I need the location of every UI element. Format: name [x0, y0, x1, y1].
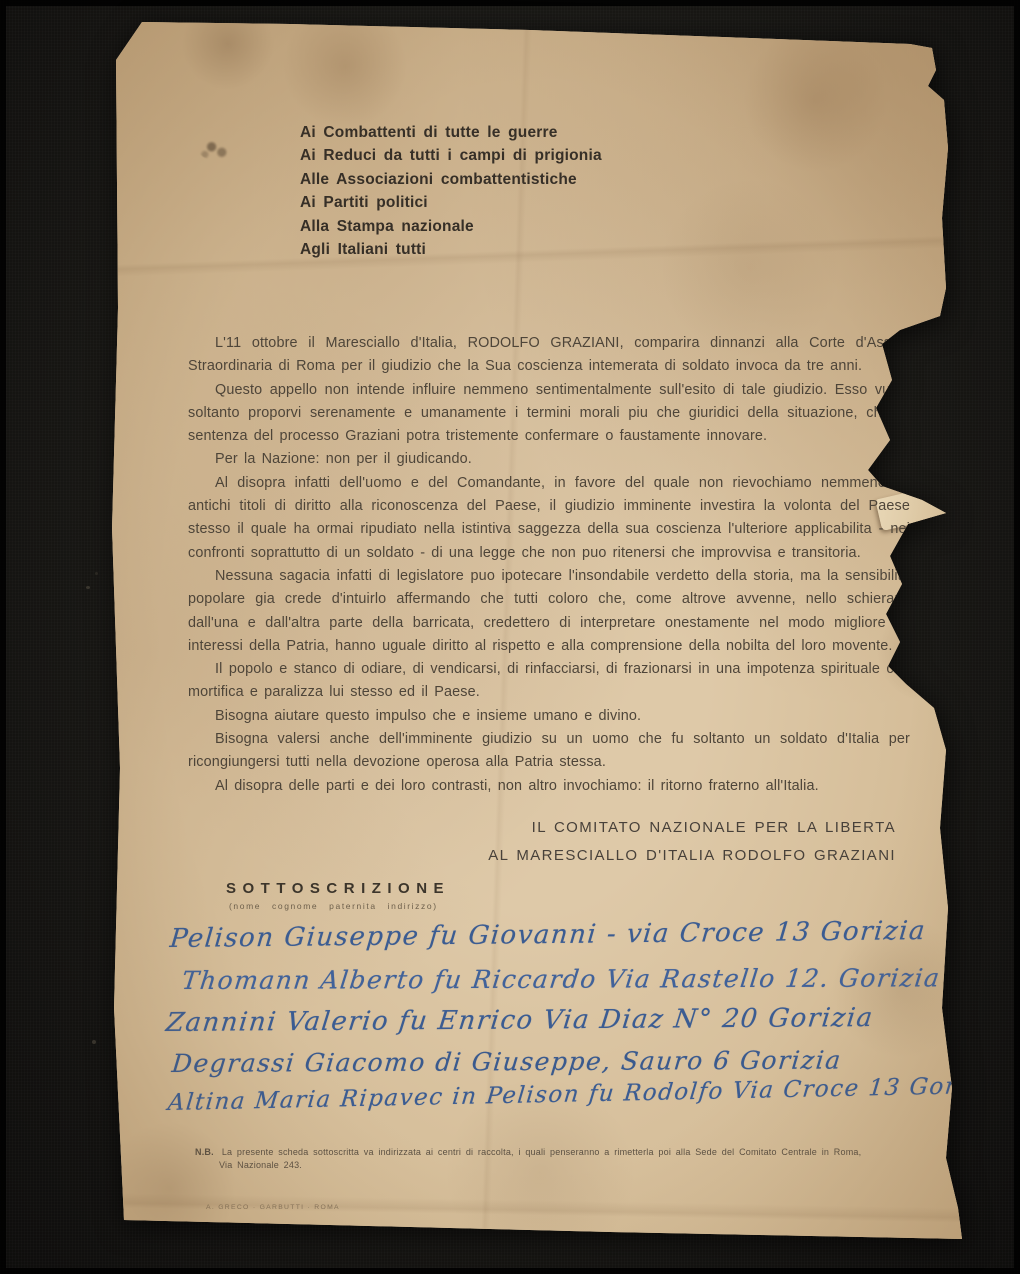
handwritten-signature-list: Pelison Giuseppe fu Giovanni - via Croce… [110, 924, 966, 1116]
addressee-line: Alle Associazioni combattentistiche [300, 168, 602, 191]
background-speck [95, 572, 98, 575]
addressee-list: Ai Combattenti di tutte le guerreAi Redu… [300, 121, 602, 261]
letter-body: L'11 ottobre il Maresciallo d'Italia, RO… [188, 332, 910, 798]
addressee-line: Ai Partiti politici [300, 191, 602, 214]
body-paragraph: Nessuna sagacia infatti di legislatore p… [188, 565, 910, 658]
footnote-address: Via Nazionale 243. [219, 1159, 909, 1172]
body-paragraph: Al disopra delle parti e dei loro contra… [188, 775, 910, 798]
footnote-text: La presente scheda sottoscritta va indir… [222, 1147, 862, 1157]
body-paragraph: Il popolo e stanco di odiare, di vendica… [188, 658, 910, 705]
handwritten-signature: Degrassi Giacomo di Giuseppe, Sauro 6 Go… [171, 1045, 968, 1078]
handwritten-signature: Thomann Alberto fu Riccardo Via Rastello… [180, 963, 967, 995]
body-paragraph: Bisogna aiutare questo impulso che e ins… [188, 705, 910, 728]
background-speck [86, 586, 90, 589]
handwritten-signature: Altina Maria Ripavec in Pelison fu Rodol… [167, 1073, 967, 1116]
committee-line-2: AL MARESCIALLO D'ITALIA RODOLFO GRAZIANI [488, 842, 896, 870]
body-paragraph: Bisogna valersi anche dell'imminente giu… [188, 728, 910, 775]
committee-line-1: IL COMITATO NAZIONALE PER LA LIBERTA [488, 814, 896, 842]
handwritten-signature: Pelison Giuseppe fu Giovanni - via Croce… [169, 916, 968, 954]
body-paragraph: Per la Nazione: non per il giudicando. [188, 448, 910, 471]
ink-smudge [198, 138, 232, 160]
body-paragraph: L'11 ottobre il Maresciallo d'Italia, RO… [188, 332, 910, 379]
footnote-label: N.B. [195, 1147, 214, 1157]
background-speck [92, 1040, 96, 1044]
addressee-line: Ai Reduci da tutti i campi di prigionia [300, 144, 602, 167]
subscription-caption: (nome cognome paternita indirizzo) [229, 901, 438, 911]
body-paragraph: Questo appello non intende influire nemm… [188, 379, 910, 449]
addressee-line: Agli Italiani tutti [300, 238, 602, 261]
photo-background: Ai Combattenti di tutte le guerreAi Redu… [0, 0, 1020, 1274]
printer-mark: A. GRECO · GARBUTTI · ROMA [206, 1204, 340, 1211]
document-paper: Ai Combattenti di tutte le guerreAi Redu… [110, 8, 966, 1248]
addressee-line: Alla Stampa nazionale [300, 215, 602, 238]
committee-signature-block: IL COMITATO NAZIONALE PER LA LIBERTA AL … [488, 814, 896, 869]
footnote: N.B.La presente scheda sottoscritta va i… [195, 1146, 909, 1172]
handwritten-signature: Zannini Valerio fu Enrico Via Diaz N° 20… [164, 1002, 967, 1038]
document-paper-wrap: Ai Combattenti di tutte le guerreAi Redu… [110, 8, 966, 1248]
subscription-title: SOTTOSCRIZIONE [226, 880, 450, 897]
body-paragraph: Al disopra infatti dell'uomo e del Coman… [188, 472, 910, 565]
addressee-line: Ai Combattenti di tutte le guerre [300, 121, 602, 144]
